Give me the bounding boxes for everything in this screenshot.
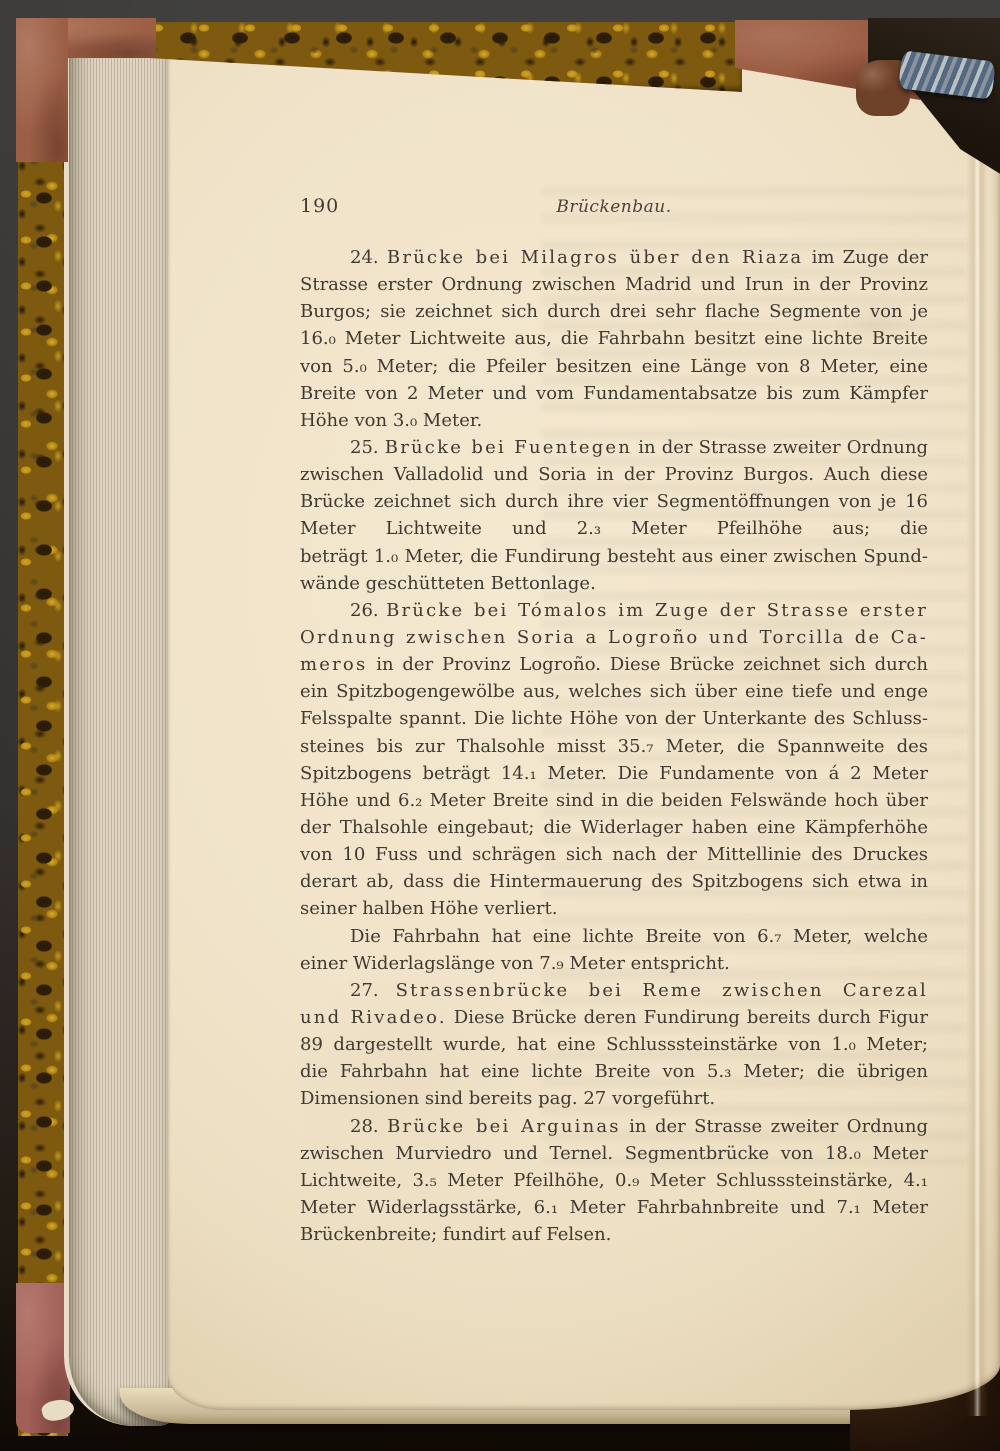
text-line: 28. Brücke bei Arguinas in der Strasse z…: [300, 1113, 928, 1140]
paragraph: 27. Strassenbrücke bei Reme zwischen Car…: [300, 977, 928, 1113]
text-line: seiner halben Höhe verliert.: [300, 895, 928, 922]
text-line: und Rivadeo. Diese Brücke deren Fundirun…: [300, 1004, 928, 1031]
leather-corner-top-left-side: [16, 18, 68, 162]
text-line: ein Spitzbogengewölbe aus, welches sich …: [300, 678, 928, 705]
text-line: Höhe und 6.₂ Meter Breite sind in die be…: [300, 787, 928, 814]
text-line: Lichtweite, 3.₅ Meter Pfeilhöhe, 0.₉ Met…: [300, 1167, 928, 1194]
text-line: 27. Strassenbrücke bei Reme zwischen Car…: [300, 977, 928, 1004]
text-line: zwischen Valladolid und Soria in der Pro…: [300, 461, 928, 488]
paragraph: 24. Brücke bei Milagros über den Riaza i…: [300, 244, 928, 434]
book-page: 190 Brückenbau. 24. Brücke bei Milagros …: [168, 50, 1000, 1410]
text-line: beträgt 1.₀ Meter, die Fundirung besteht…: [300, 543, 928, 570]
text-line: Spitzbogens beträgt 14.₁ Meter. Die Fund…: [300, 760, 928, 787]
text-line: 26. Brücke bei Tómalos im Zuge der Stras…: [300, 597, 928, 624]
book-scan-photo: 190 Brückenbau. 24. Brücke bei Milagros …: [0, 0, 1000, 1451]
paragraph: 25. Brücke bei Fuentegen in der Strasse …: [300, 434, 928, 597]
text-line: wände geschütteten Bettonlage.: [300, 570, 928, 597]
text-line: von 5.₀ Meter; die Pfeiler besitzen eine…: [300, 353, 928, 380]
marbled-cover-left-edge: [18, 50, 68, 1436]
text-line: Ordnung zwischen Soria a Logroño und Tor…: [300, 624, 928, 651]
text-line: von 10 Fuss und schrägen sich nach der M…: [300, 841, 928, 868]
text-line: 89 dargestellt wurde, hat eine Schlussst…: [300, 1031, 928, 1058]
text-line: Brückenbreite; fundirt auf Felsen.: [300, 1221, 928, 1248]
text-line: Strasse erster Ordnung zwischen Madrid u…: [300, 271, 928, 298]
text-line: derart ab, dass die Hintermauerung des S…: [300, 868, 928, 895]
text-line: die Fahrbahn hat eine lichte Breite von …: [300, 1058, 928, 1085]
text-line: steines bis zur Thalsohle misst 35.₇ Met…: [300, 733, 928, 760]
text-line: 24. Brücke bei Milagros über den Riaza i…: [300, 244, 928, 271]
text-line: Breite von 2 Meter und vom Fundamentabsa…: [300, 380, 928, 407]
text-line: 25. Brücke bei Fuentegen in der Strasse …: [300, 434, 928, 461]
running-header: Brückenbau.: [300, 197, 928, 217]
gutter-crease: [966, 140, 988, 1416]
text-line: der Thalsohle eingebaut; die Widerlager …: [300, 814, 928, 841]
text-block: 24. Brücke bei Milagros über den Riaza i…: [300, 244, 928, 1248]
page-header: 190 Brückenbau.: [300, 195, 928, 225]
text-line: Brücke zeichnet sich durch ihre vier Seg…: [300, 488, 928, 515]
text-line: Meter Lichtweite und 2.₃ Meter Pfeilhöhe…: [300, 515, 928, 542]
paragraph: 28. Brücke bei Arguinas in der Strasse z…: [300, 1113, 928, 1249]
text-line: Burgos; sie zeichnet sich durch drei seh…: [300, 298, 928, 325]
text-line: meros in der Provinz Logroño. Diese Brüc…: [300, 651, 928, 678]
text-line: Meter Widerlagsstärke, 6.₁ Meter Fahrbah…: [300, 1194, 928, 1221]
paragraph: 26. Brücke bei Tómalos im Zuge der Stras…: [300, 597, 928, 923]
paragraph: Die Fahrbahn hat eine lichte Breite von …: [300, 923, 928, 977]
fore-edge-page-stack: [64, 44, 177, 1426]
text-line: Dimensionen sind bereits pag. 27 vorgefü…: [300, 1085, 928, 1112]
text-line: zwischen Murviedro und Ternel. Segmentbr…: [300, 1140, 928, 1167]
text-line: Höhe von 3.₀ Meter.: [300, 407, 928, 434]
text-line: Die Fahrbahn hat eine lichte Breite von …: [300, 923, 928, 950]
text-line: 16.₀ Meter Lichtweite aus, die Fahrbahn …: [300, 325, 928, 352]
text-line: einer Widerlagslänge von 7.₉ Meter entsp…: [300, 950, 928, 977]
text-line: Felsspalte spannt. Die lichte Höhe von d…: [300, 705, 928, 732]
